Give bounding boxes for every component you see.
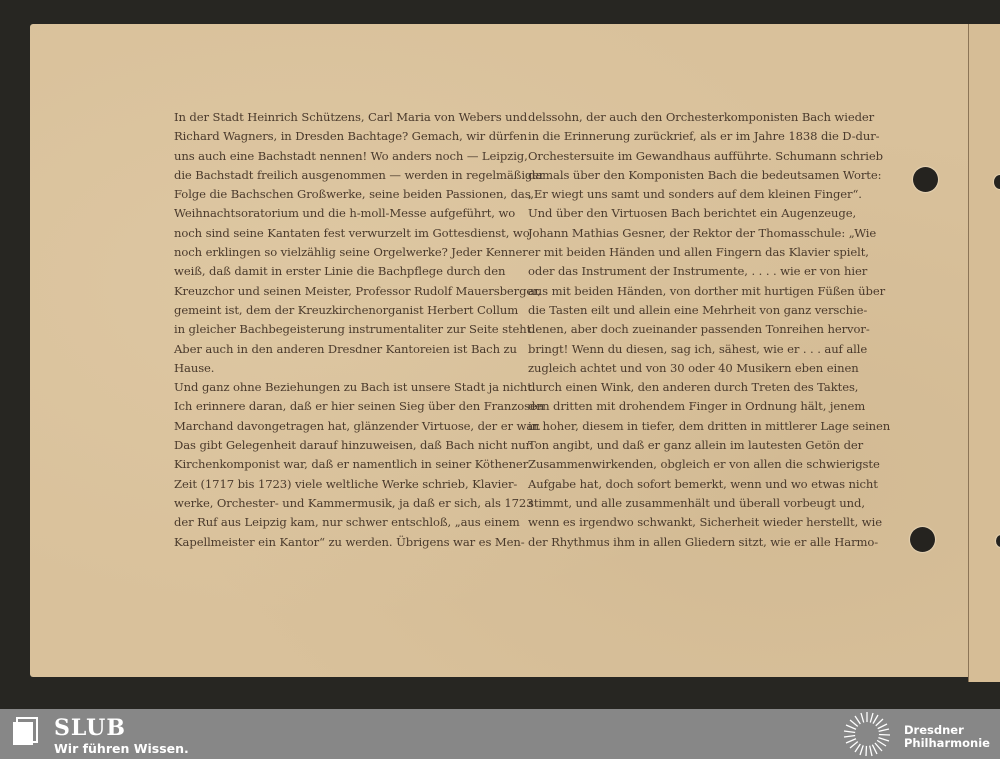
text-line: er mit beiden Händen und allen Fingern d…: [528, 243, 852, 262]
punch-hole-edge-top: [994, 175, 1000, 189]
text-line: weiß, daß damit in erster Linie die Bach…: [174, 262, 498, 281]
slub-tagline: Wir führen Wissen.: [54, 741, 189, 756]
text-line: werke, Orchester- und Kammermusik, ja da…: [174, 494, 498, 513]
text-line: Aber auch in den anderen Dresdner Kantor…: [174, 340, 498, 359]
text-line: Ich erinnere daran, daß er hier seinen S…: [174, 397, 498, 416]
punch-hole-edge-bottom: [996, 535, 1000, 547]
text-line: denen, aber doch zueinander passenden To…: [528, 320, 852, 339]
text-line: Folge die Bachschen Großwerke, seine bei…: [174, 185, 498, 204]
punch-hole-bottom: [910, 527, 935, 552]
text-line: „Er wiegt uns samt und sonders auf dem k…: [528, 185, 852, 204]
text-line: in die Erinnerung zurückrief, als er im …: [528, 127, 852, 146]
text-line: Richard Wagners, in Dresden Bachtage? Ge…: [174, 127, 498, 146]
footer-bar: SLUB Wir führen Wissen.: [0, 709, 1000, 759]
adjacent-page-edge: [968, 24, 1000, 682]
slub-logo-text[interactable]: SLUB: [54, 715, 126, 741]
text-line: aus mit beiden Händen, von dorther mit h…: [528, 282, 852, 301]
text-line: durch einen Wink, den anderen durch Tret…: [528, 378, 852, 397]
scan-viewer: In der Stadt Heinrich Schützens, Carl Ma…: [0, 0, 1000, 709]
text-column-left: In der Stadt Heinrich Schützens, Carl Ma…: [174, 108, 498, 552]
text-line: noch sind seine Kantaten fest verwurzelt…: [174, 224, 498, 243]
text-line: Zusammenwirkenden, obgleich er von allen…: [528, 455, 852, 474]
text-line: Kirchenkomponist war, daß er namentlich …: [174, 455, 498, 474]
text-line: der Rhythmus ihm in allen Gliedern sitzt…: [528, 533, 852, 552]
text-line: damals über den Komponisten Bach die bed…: [528, 166, 852, 185]
text-line: Kreuzchor und seinen Meister, Professor …: [174, 282, 498, 301]
dp-name-line2: Philharmonie: [904, 737, 990, 750]
text-line: die Bachstadt freilich ausgenommen — wer…: [174, 166, 498, 185]
text-line: Hause.: [174, 359, 498, 378]
dresdner-philharmonie-logo-text[interactable]: Dresdner Philharmonie: [904, 724, 990, 750]
text-line: delssohn, der auch den Orchesterkomponis…: [528, 108, 852, 127]
text-line: Kapellmeister ein Kantor“ zu werden. Übr…: [174, 533, 498, 552]
text-line: Ton angibt, und daß er ganz allein im la…: [528, 436, 852, 455]
text-line: Orchestersuite im Gewandhaus aufführte. …: [528, 147, 852, 166]
text-line: zugleich achtet und von 30 oder 40 Musik…: [528, 359, 852, 378]
text-line: in hoher, diesem in tiefer, dem dritten …: [528, 417, 852, 436]
text-line: wenn es irgendwo schwankt, Sicherheit wi…: [528, 513, 852, 532]
text-column-right: delssohn, der auch den Orchesterkomponis…: [528, 108, 852, 552]
text-line: gemeint ist, dem der Kreuzkirchenorganis…: [174, 301, 498, 320]
text-line: Aufgabe hat, doch sofort bemerkt, wenn u…: [528, 475, 852, 494]
text-line: Zeit (1717 bis 1723) viele weltliche Wer…: [174, 475, 498, 494]
text-line: bringt! Wenn du diesen, sag ich, sähest,…: [528, 340, 852, 359]
text-line: Marchand davongetragen hat, glänzender V…: [174, 417, 498, 436]
text-line: Und über den Virtuosen Bach berichtet ei…: [528, 204, 852, 223]
text-line: In der Stadt Heinrich Schützens, Carl Ma…: [174, 108, 498, 127]
text-line: der Ruf aus Leipzig kam, nur schwer ents…: [174, 513, 498, 532]
text-line: Johann Mathias Gesner, der Rektor der Th…: [528, 224, 852, 243]
text-line: noch erklingen so vielzählig seine Orgel…: [174, 243, 498, 262]
sunburst-ring-icon[interactable]: [842, 711, 892, 757]
text-line: stimmt, und alle zusammenhält und überal…: [528, 494, 852, 513]
text-line: Das gibt Gelegenheit darauf hinzuweisen,…: [174, 436, 498, 455]
text-line: den dritten mit drohendem Finger in Ordn…: [528, 397, 852, 416]
text-line: oder das Instrument der Instrumente, . .…: [528, 262, 852, 281]
punch-hole-top: [913, 167, 938, 192]
text-line: in gleicher Bachbegeisterung instrumenta…: [174, 320, 498, 339]
text-line: die Tasten eilt und allein eine Mehrheit…: [528, 301, 852, 320]
book-pages-icon[interactable]: [13, 715, 41, 745]
text-line: uns auch eine Bachstadt nennen! Wo ander…: [174, 147, 498, 166]
text-line: Weihnachtsoratorium und die h-moll-Messe…: [174, 204, 498, 223]
text-line: Und ganz ohne Beziehungen zu Bach ist un…: [174, 378, 498, 397]
